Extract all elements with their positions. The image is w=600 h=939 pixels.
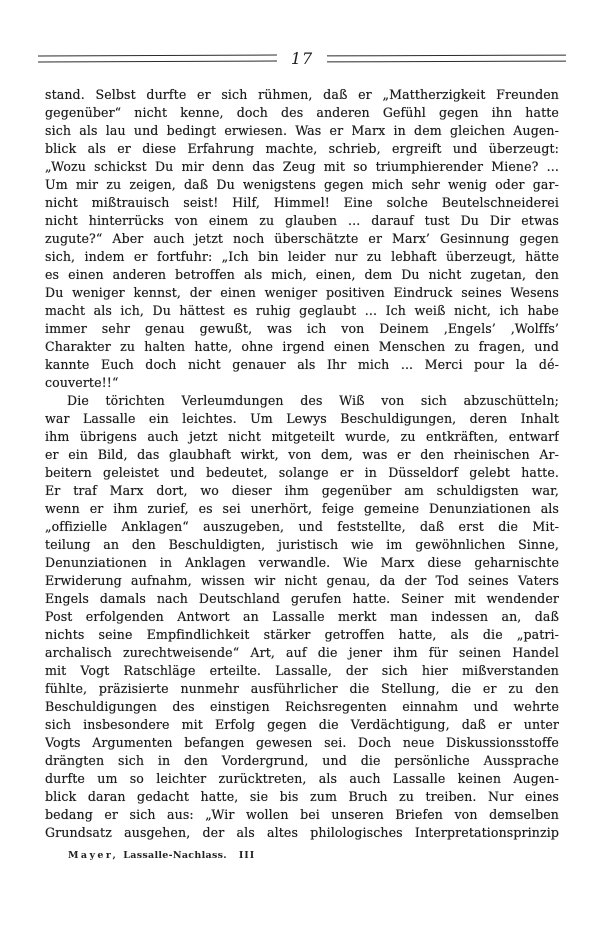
text-line: zugute?“ Aber auch jetzt noch überschätz…: [45, 230, 559, 248]
text-line: mit Vogt Ratschläge erteilte. Lassalle, …: [45, 662, 559, 680]
text-line: sich, indem er fortfuhr: „Ich bin leider…: [45, 248, 559, 266]
paragraph-quote-continuation: stand. Selbst durfte er sich rühmen, daß…: [45, 86, 559, 392]
paragraph-narrative: Die törichten Verleumdungen des Wiß von …: [45, 392, 559, 842]
text-line: sich insbesondere mit Erfolg gegen die V…: [45, 716, 559, 734]
text-line: Vogts Argumenten befangen gewesen sei. D…: [45, 734, 559, 752]
text-line: beitern geleistet und bedeutet, solange …: [45, 464, 559, 482]
text-line: gegenüber“ nicht kenne, doch des anderen…: [45, 104, 559, 122]
text-line: drängten sich in den Vordergrund, und di…: [45, 752, 559, 770]
text-line: sich als lau und bedingt erwiesen. Was e…: [45, 122, 559, 140]
text-line: Grundsatz ausgehen, der als altes philol…: [45, 824, 559, 842]
text-line: kannte Euch doch nicht genauer als Ihr m…: [45, 356, 559, 374]
text-line: Du weniger kennst, der einen weniger pos…: [45, 284, 559, 302]
text-line: durfte um so leichter zurücktreten, als …: [45, 770, 559, 788]
text-line: couverte!!“: [45, 374, 559, 392]
text-line: blick daran gedacht hatte, sie bis zum B…: [45, 788, 559, 806]
footer-title: Lassalle-Nachlass.: [123, 850, 227, 861]
signature-line: Mayer,Lassalle-Nachlass.III: [68, 850, 255, 861]
page-number: 17: [291, 51, 313, 67]
text-line: Er traf Marx dort, wo dieser ihm gegenüb…: [45, 482, 559, 500]
text-line: nicht hinterrücks von einem zu glauben .…: [45, 212, 559, 230]
text-line: ihm übrigens auch jetzt nicht mitgeteilt…: [45, 428, 559, 446]
text-line: macht als ich, Du hättest es ruhig gegla…: [45, 302, 559, 320]
text-line: Charakter zu halten hatte, ohne irgend e…: [45, 338, 559, 356]
footer-author: Mayer,: [68, 850, 118, 861]
text-line: „offizielle Anklagen“ auszugeben, und fe…: [45, 518, 559, 536]
text-line: Post erfolgenden Antwort an Lassalle mer…: [45, 608, 559, 626]
text-line: archalisch zurechtweisende“ Art, auf die…: [45, 644, 559, 662]
text-line: wenn er ihm zurief, es sei unerhört, fei…: [45, 500, 559, 518]
text-line: immer sehr genau gewußt, was ich von Dei…: [45, 320, 559, 338]
text-line: er ein Bild, das glaubhaft wirkt, von de…: [45, 446, 559, 464]
text-line: nicht mißtrauisch seist! Hilf, Himmel! E…: [45, 194, 559, 212]
text-line: „Wozu schickst Du mir denn das Zeug mit …: [45, 158, 559, 176]
text-line: es einen anderen betroffen als mich, ein…: [45, 266, 559, 284]
header-rule-left: [38, 54, 277, 62]
text-line: Beschuldigungen des einstigen Reichsrege…: [45, 698, 559, 716]
text-line: war Lassalle ein leichtes. Um Lewys Besc…: [45, 410, 559, 428]
text-line: blick als er diese Erfahrung machte, sch…: [45, 140, 559, 158]
text-line: Die törichten Verleumdungen des Wiß von …: [45, 392, 559, 410]
text-line: fühlte, präzisierte nunmehr ausführliche…: [45, 680, 559, 698]
text-line: teilung an den Beschuldigten, juristisch…: [45, 536, 559, 554]
running-head: 17: [38, 50, 566, 66]
text-line: stand. Selbst durfte er sich rühmen, daß…: [45, 86, 559, 104]
text-line: Engels damals nach Deutschland gerufen h…: [45, 590, 559, 608]
scanned-book-page: 17 stand. Selbst durfte er sich rühmen, …: [0, 0, 600, 939]
body-text: stand. Selbst durfte er sich rühmen, daß…: [45, 86, 559, 842]
footer-volume-number: III: [239, 850, 255, 861]
text-line: Um mir zu zeigen, daß Du wenigstens gege…: [45, 176, 559, 194]
header-rule-right: [327, 54, 566, 62]
text-line: Erwiderung aufnahm, wissen wir nicht gen…: [45, 572, 559, 590]
text-line: bedang er sich aus: „Wir wollen bei unse…: [45, 806, 559, 824]
text-line: nichts seine Empfindlichkeit stärker get…: [45, 626, 559, 644]
text-line: Denunziationen in Anklagen verwandle. Wi…: [45, 554, 559, 572]
